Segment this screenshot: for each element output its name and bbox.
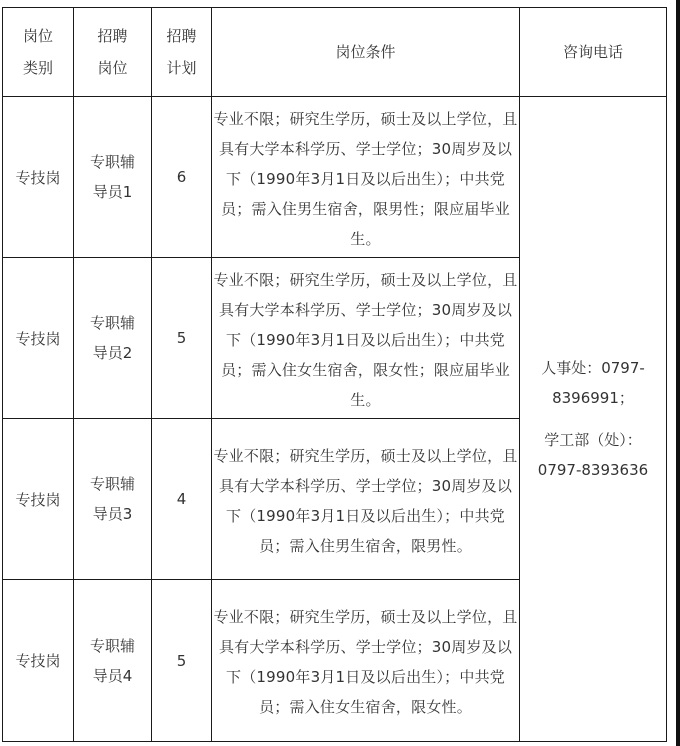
position-text: 专职辅 bbox=[74, 469, 151, 499]
condition-text: 专业不限；研究生学历，硕士及以上学位，且具有大学本科学历、学士学位；30周岁及以… bbox=[212, 599, 519, 722]
category-cell: 专技岗 bbox=[3, 258, 74, 419]
condition-cell: 专业不限；研究生学历，硕士及以上学位，且具有大学本科学历、学士学位；30周岁及以… bbox=[212, 580, 520, 742]
condition-text: 专业不限；研究生学历，硕士及以上学位，且具有大学本科学历、学士学位；30周岁及以… bbox=[212, 438, 519, 561]
header-position: 招聘 岗位 bbox=[74, 8, 152, 97]
category-cell: 专技岗 bbox=[3, 580, 74, 742]
contact-cell: 人事处：0797- 8396991； 学工部（处）： 0797-8393636 bbox=[520, 97, 667, 742]
position-cell: 专职辅 导员3 bbox=[74, 419, 152, 580]
plan-cell: 5 bbox=[152, 580, 212, 742]
position-cell: 专职辅 导员1 bbox=[74, 97, 152, 258]
position-text: 专职辅 bbox=[74, 147, 151, 177]
position-text: 导员3 bbox=[74, 499, 151, 529]
recruitment-table: 岗位 类别 招聘 岗位 招聘 计划 岗位条件 咨询电话 专技岗 专职辅 导员1 … bbox=[2, 7, 667, 742]
contact-gap bbox=[520, 413, 666, 425]
contact-student-affairs-label: 学工部（处）： bbox=[520, 425, 666, 455]
right-edge-strip bbox=[676, 0, 680, 746]
table-header-row: 岗位 类别 招聘 岗位 招聘 计划 岗位条件 咨询电话 bbox=[3, 8, 667, 97]
header-text: 招聘 bbox=[74, 20, 151, 52]
header-conditions: 岗位条件 bbox=[212, 8, 520, 97]
position-text: 导员2 bbox=[74, 338, 151, 368]
condition-cell: 专业不限；研究生学历，硕士及以上学位，且具有大学本科学历、学士学位；30周岁及以… bbox=[212, 258, 520, 419]
condition-cell: 专业不限；研究生学历，硕士及以上学位，且具有大学本科学历、学士学位；30周岁及以… bbox=[212, 419, 520, 580]
position-cell: 专职辅 导员4 bbox=[74, 580, 152, 742]
header-text: 咨询电话 bbox=[520, 36, 666, 68]
category-cell: 专技岗 bbox=[3, 419, 74, 580]
contact-hr-label: 人事处：0797- bbox=[520, 353, 666, 383]
header-contact: 咨询电话 bbox=[520, 8, 667, 97]
position-cell: 专职辅 导员2 bbox=[74, 258, 152, 419]
header-category: 岗位 类别 bbox=[3, 8, 74, 97]
position-text: 专职辅 bbox=[74, 308, 151, 338]
condition-text: 专业不限；研究生学历，硕士及以上学位，且具有大学本科学历、学士学位；30周岁及以… bbox=[212, 101, 519, 254]
plan-cell: 6 bbox=[152, 97, 212, 258]
contact-hr-phone: 8396991； bbox=[520, 383, 666, 413]
header-text: 类别 bbox=[3, 52, 73, 84]
plan-cell: 4 bbox=[152, 419, 212, 580]
condition-cell: 专业不限；研究生学历，硕士及以上学位，且具有大学本科学历、学士学位；30周岁及以… bbox=[212, 97, 520, 258]
plan-cell: 5 bbox=[152, 258, 212, 419]
position-text: 专职辅 bbox=[74, 631, 151, 661]
header-text: 招聘 bbox=[152, 20, 211, 52]
header-text: 岗位 bbox=[3, 20, 73, 52]
contact-student-affairs-phone: 0797-8393636 bbox=[520, 455, 666, 485]
position-text: 导员4 bbox=[74, 661, 151, 691]
position-text: 导员1 bbox=[74, 177, 151, 207]
condition-text: 专业不限；研究生学历，硕士及以上学位，且具有大学本科学历、学士学位；30周岁及以… bbox=[212, 262, 519, 415]
header-plan: 招聘 计划 bbox=[152, 8, 212, 97]
header-text: 计划 bbox=[152, 52, 211, 84]
header-text: 岗位条件 bbox=[212, 36, 519, 68]
category-cell: 专技岗 bbox=[3, 97, 74, 258]
table-row: 专技岗 专职辅 导员1 6 专业不限；研究生学历，硕士及以上学位，且具有大学本科… bbox=[3, 97, 667, 258]
header-text: 岗位 bbox=[74, 52, 151, 84]
